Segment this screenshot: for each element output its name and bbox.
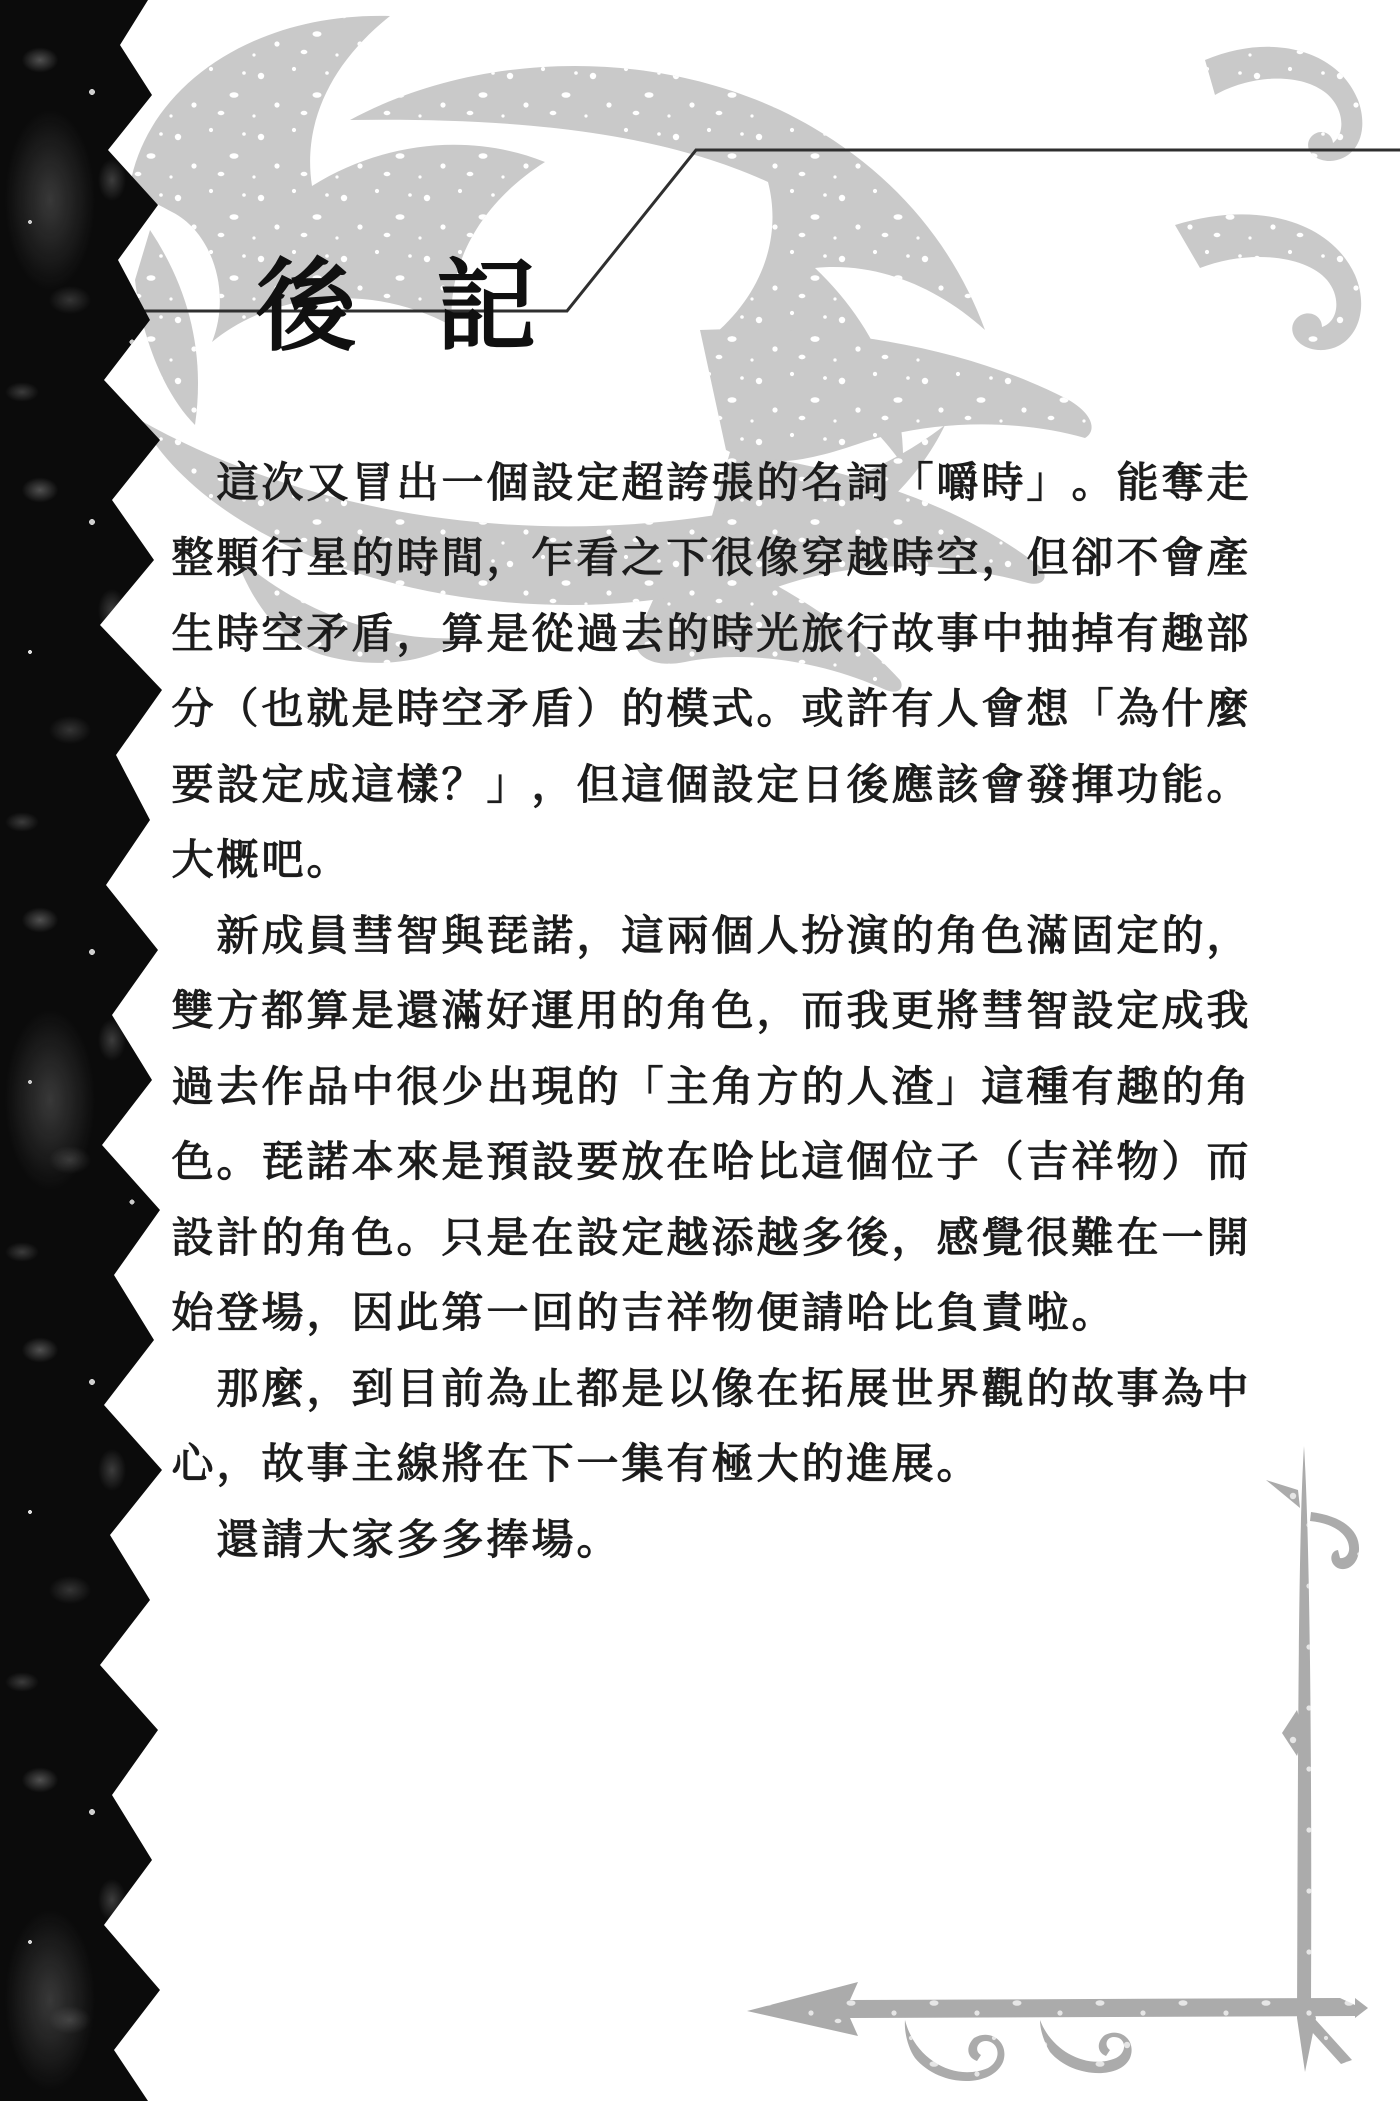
text-line: 新成員彗智與琵諾，這兩個人扮演的角色滿固定的， — [170, 898, 1252, 974]
text-line: 整顆行星的時間，乍看之下很像穿越時空，但卻不會產 — [170, 521, 1252, 597]
afterword-page: 後記 這次又冒出一個設定超誇張的名詞「嚼時」。能奪走整顆行星的時間，乍看之下很像… — [0, 0, 1400, 2101]
title-rule-line — [0, 0, 1400, 340]
text-line: 那麼，到目前為止都是以像在拓展世界觀的故事為中 — [170, 1351, 1252, 1427]
page-title: 後記 — [256, 257, 616, 357]
text-line: 過去作品中很少出現的「主角方的人渣」這種有趣的角 — [170, 1049, 1252, 1125]
text-line: 色。琵諾本來是預設要放在哈比這個位子（吉祥物）而 — [170, 1125, 1252, 1201]
left-grunge-border — [0, 0, 168, 2101]
text-line: 雙方都算是還滿好運用的角色，而我更將彗智設定成我 — [170, 974, 1252, 1050]
text-line: 心，故事主線將在下一集有極大的進展。 — [170, 1427, 1252, 1503]
text-line: 始登場，因此第一回的吉祥物便請哈比負責啦。 — [170, 1276, 1252, 1352]
text-line: 還請大家多多捧場。 — [170, 1502, 1252, 1578]
text-line: 設計的角色。只是在設定越添越多後，感覺很難在一開 — [170, 1200, 1252, 1276]
text-line: 要設定成這樣？」，但這個設定日後應該會發揮功能。 — [170, 747, 1252, 823]
text-line: 大概吧。 — [170, 823, 1252, 899]
afterword-text: 這次又冒出一個設定超誇張的名詞「嚼時」。能奪走整顆行星的時間，乍看之下很像穿越時… — [170, 445, 1252, 1578]
text-line: 生時空矛盾，算是從過去的時光旅行故事中抽掉有趣部 — [170, 596, 1252, 672]
text-line: 分（也就是時空矛盾）的模式。或許有人會想「為什麼 — [170, 672, 1252, 748]
text-line: 這次又冒出一個設定超誇張的名詞「嚼時」。能奪走 — [170, 445, 1252, 521]
